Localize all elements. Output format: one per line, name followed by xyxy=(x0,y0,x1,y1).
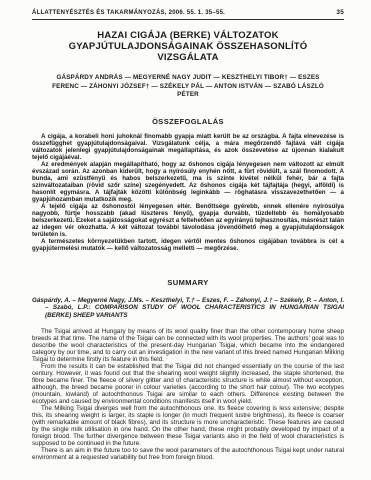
abstract-paragraph-1: A cigája, a korabeli honi juhoknál finom… xyxy=(32,133,344,161)
article-title: HAZAI CIGÁJA (BERKE) VÁLTOZATOK GYAPJÚTU… xyxy=(57,30,319,63)
summary-heading: SUMMARY xyxy=(32,278,344,287)
summary-paragraph-1: The Tsigai arrived at Hungary by means o… xyxy=(32,328,344,363)
abstract-heading: ÖSSZEFOGLALÁS xyxy=(32,117,344,126)
authors-line: GÁSPÁRDY ANDRÁS — MEGYERNÉ NAGY JUDIT — … xyxy=(44,74,332,100)
abstract-paragraph-4: A természetes környezetükben tartott, id… xyxy=(32,238,344,252)
summary-citation: Gáspárdy, A. – Megyerné Nagy, J.Ms. – Ke… xyxy=(32,297,344,320)
abstract-body: A cigája, a korabeli honi juhoknál finom… xyxy=(32,133,344,252)
summary-paragraph-2: From the results it can be established t… xyxy=(32,363,344,405)
abstract-paragraph-3: A tejelő cigája az őshonostól lényegesen… xyxy=(32,203,344,238)
abstract-paragraph-2: Az eredmények alapján megállapítható, ho… xyxy=(32,161,344,203)
summary-paragraph-3: The Milking Tsigai diverges well from th… xyxy=(32,405,344,447)
summary-body: The Tsigai arrived at Hungary by means o… xyxy=(32,328,344,461)
summary-paragraph-4: There is an aim in the future too to sav… xyxy=(32,447,344,461)
page-number: 35 xyxy=(336,9,344,16)
journal-citation-line: ÁLLATTENYÉSZTÉS ÉS TAKARMÁNYOZÁS, 2006. … xyxy=(32,10,225,16)
running-header: ÁLLATTENYÉSZTÉS ÉS TAKARMÁNYOZÁS, 2006. … xyxy=(32,9,344,20)
journal-page: ÁLLATTENYÉSZTÉS ÉS TAKARMÁNYOZÁS, 2006. … xyxy=(0,0,371,480)
